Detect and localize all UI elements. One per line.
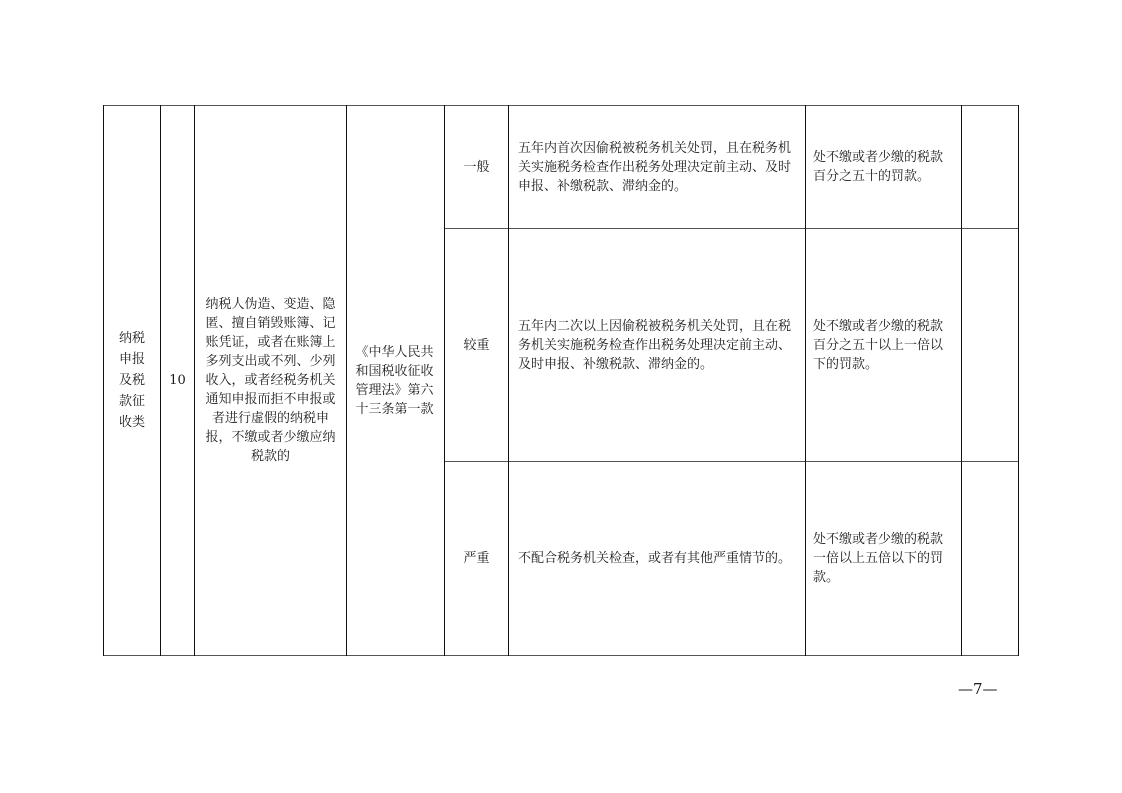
level-label: 一般 bbox=[463, 158, 489, 177]
category-line: 纳税 bbox=[117, 328, 147, 349]
penalty-cell-severe: 处不缴或者少缴的税款一倍以上五倍以下的罚款。 bbox=[806, 462, 961, 655]
category-line: 及税 bbox=[117, 370, 147, 391]
penalty-text: 处不缴或者少缴的税款百分之五十的罚款。 bbox=[813, 148, 955, 186]
circumstance-cell-serious: 五年内二次以上因偷税被税务机关处罚，且在税务机关实施税务检查作出税务处理决定前主… bbox=[509, 229, 805, 461]
note-cell-general bbox=[962, 106, 1018, 228]
penalty-standard-table: 纳税 申报 及税 款征 收类 10 纳税人伪造、变造、隐匿、擅自销毁账簿、记账凭… bbox=[103, 105, 1018, 656]
level-label: 严重 bbox=[463, 549, 489, 568]
category-text: 纳税 申报 及税 款征 收类 bbox=[117, 328, 147, 433]
penalty-text: 处不缴或者少缴的税款一倍以上五倍以下的罚款。 bbox=[813, 530, 955, 587]
item-number: 10 bbox=[169, 371, 186, 390]
legal-basis-text: 《中华人民共和国税收征收管理法》第六十三条第一款 bbox=[355, 343, 435, 419]
level-cell-severe: 严重 bbox=[445, 462, 508, 655]
table-border-right bbox=[1018, 105, 1019, 656]
note-cell-severe bbox=[962, 462, 1018, 655]
level-cell-serious: 较重 bbox=[445, 229, 508, 461]
penalty-cell-general: 处不缴或者少缴的税款百分之五十的罚款。 bbox=[806, 106, 961, 228]
item-number-cell: 10 bbox=[161, 106, 194, 655]
circumstance-cell-severe: 不配合税务机关检查，或者有其他严重情节的。 bbox=[509, 462, 805, 655]
circumstance-cell-general: 五年内首次因偷税被税务机关处罚，且在税务机关实施税务检查作出税务处理决定前主动、… bbox=[509, 106, 805, 228]
table-border-bottom bbox=[103, 655, 1018, 656]
circumstance-text: 五年内首次因偷税被税务机关处罚，且在税务机关实施税务检查作出税务处理决定前主动、… bbox=[518, 139, 799, 196]
note-cell-serious bbox=[962, 229, 1018, 461]
circumstance-text: 不配合税务机关检查，或者有其他严重情节的。 bbox=[518, 549, 791, 568]
violation-text: 纳税人伪造、变造、隐匿、擅自销毁账簿、记账凭证，或者在账簿上多列支出或不列、少列… bbox=[202, 295, 340, 466]
legal-basis-cell: 《中华人民共和国税收征收管理法》第六十三条第一款 bbox=[345, 106, 444, 655]
category-line: 申报 bbox=[117, 349, 147, 370]
category-cell: 纳税 申报 及税 款征 收类 bbox=[104, 106, 160, 655]
circumstance-text: 五年内二次以上因偷税被税务机关处罚，且在税务机关实施税务检查作出税务处理决定前主… bbox=[518, 317, 799, 374]
category-line: 收类 bbox=[117, 412, 147, 433]
level-cell-general: 一般 bbox=[445, 106, 508, 228]
penalty-text: 处不缴或者少缴的税款百分之五十以上一倍以下的罚款。 bbox=[813, 317, 955, 374]
violation-cell: 纳税人伪造、变造、隐匿、擅自销毁账簿、记账凭证，或者在账簿上多列支出或不列、少列… bbox=[195, 106, 346, 655]
level-label: 较重 bbox=[463, 336, 489, 355]
page-number: —7— bbox=[958, 680, 998, 698]
category-line: 款征 bbox=[117, 391, 147, 412]
penalty-cell-serious: 处不缴或者少缴的税款百分之五十以上一倍以下的罚款。 bbox=[806, 229, 961, 461]
